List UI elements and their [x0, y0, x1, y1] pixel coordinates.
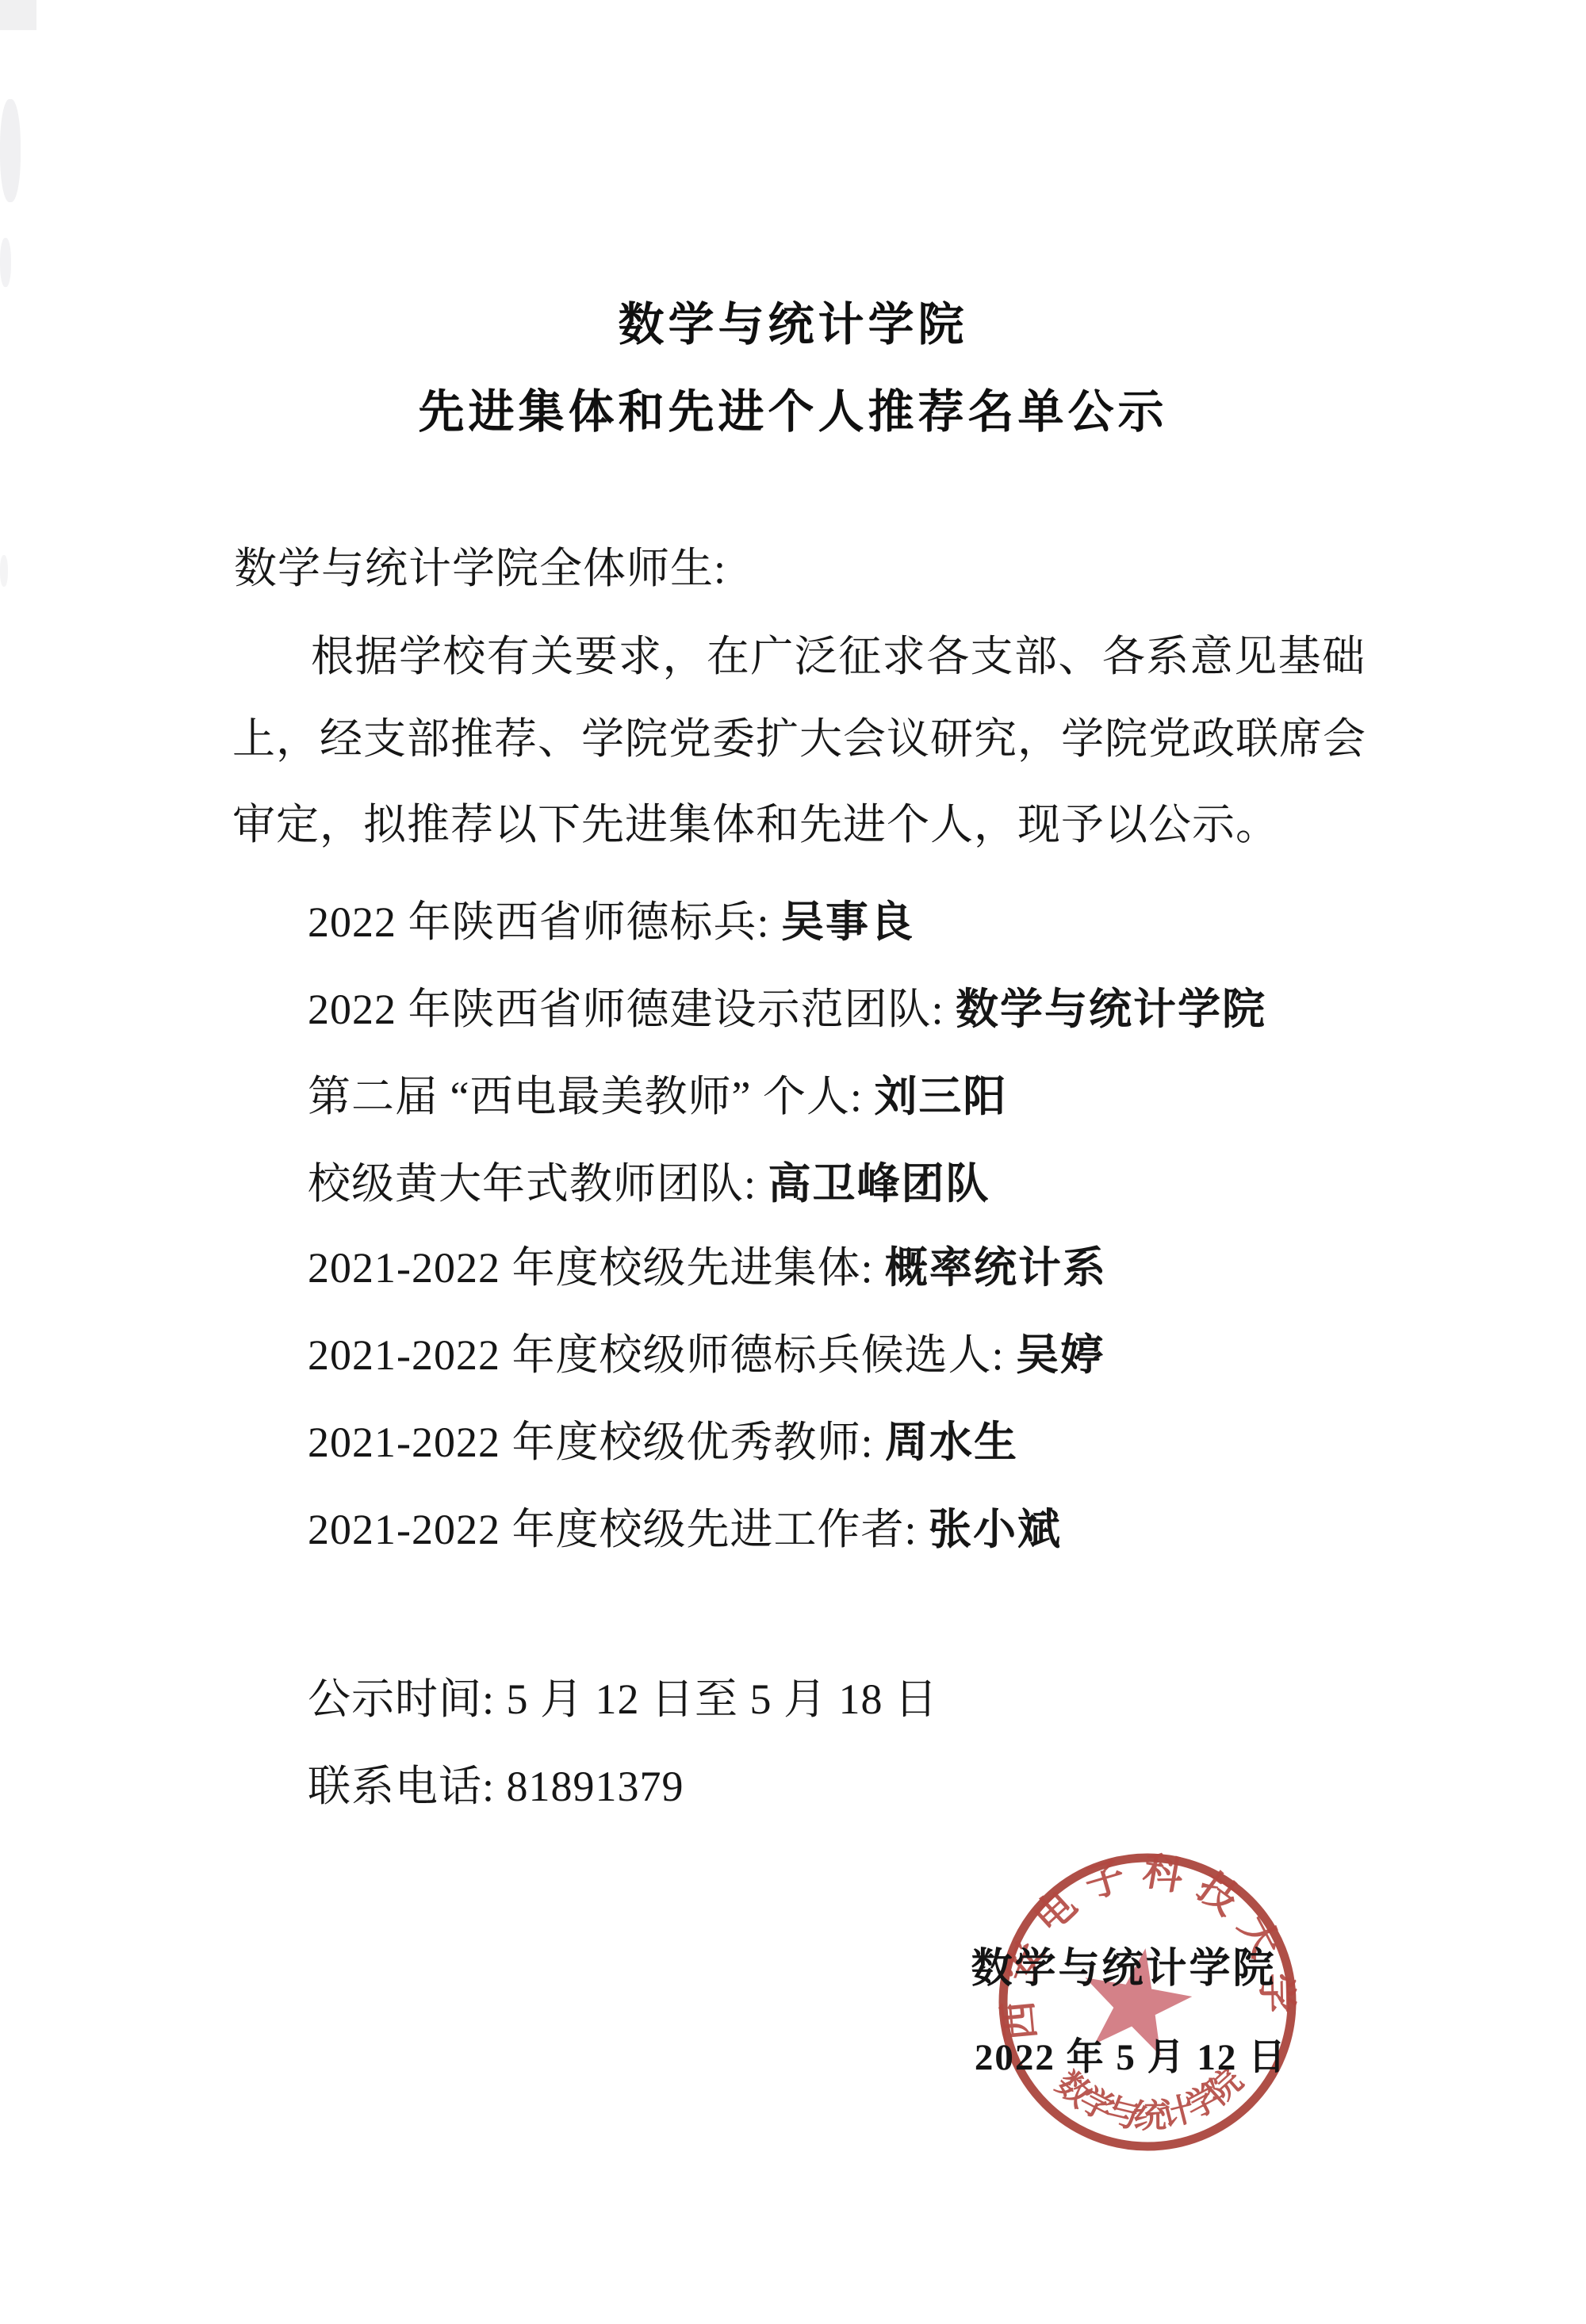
scan-artifact — [0, 99, 21, 202]
scan-artifact — [0, 0, 36, 30]
paragraph-line: 根据学校有关要求，在广泛征求各支部、各系意见基础 — [311, 635, 1366, 678]
award-item: 2022 年陕西省师德标兵: 吴事良 — [308, 901, 914, 944]
award-recipient: 数学与统计学院 — [956, 986, 1266, 1033]
award-recipient: 周水生 — [885, 1419, 1018, 1466]
award-item: 2021-2022 年度校级先进集体: 概率统计系 — [308, 1246, 1107, 1289]
award-label: 2021-2022 年度校级师德标兵候选人: — [308, 1331, 1016, 1379]
award-label: 校级黄大年式教师团队: — [308, 1160, 768, 1208]
award-recipient: 吴事良 — [781, 898, 914, 946]
award-recipient: 刘三阳 — [874, 1073, 1007, 1120]
official-seal-stamp: 西安电子科技大学 数学与统计学院 — [989, 1844, 1306, 2161]
signature-date: 2022 年 5 月 12 日 — [893, 2039, 1369, 2077]
paragraph-line: 审定，拟推荐以下先进集体和先进个人，现予以公示。 — [232, 803, 1279, 846]
award-label: 第二届 “西电最美教师” 个人: — [308, 1073, 874, 1120]
signature-unit-name: 数学与统计学院 — [886, 1949, 1362, 1990]
award-label: 2021-2022 年度校级先进集体: — [308, 1244, 885, 1292]
award-item: 2022 年陕西省师德建设示范团队: 数学与统计学院 — [308, 988, 1266, 1031]
award-label: 2021-2022 年度校级优秀教师: — [308, 1419, 885, 1466]
award-recipient: 高卫峰团队 — [768, 1160, 990, 1208]
award-label: 2022 年陕西省师德建设示范团队: — [308, 986, 956, 1033]
salutation: 数学与统计学院全体师生: — [234, 547, 726, 590]
document-title-line2: 先进集体和先进个人推荐名单公示 — [0, 389, 1586, 435]
award-recipient: 吴婷 — [1016, 1331, 1105, 1379]
scan-artifact — [0, 555, 8, 587]
award-label: 2021-2022 年度校级先进工作者: — [308, 1506, 929, 1553]
award-item: 2021-2022 年度校级先进工作者: 张小斌 — [308, 1508, 1062, 1551]
contact-phone: 联系电话: 81891379 — [308, 1765, 684, 1808]
award-recipient: 张小斌 — [929, 1506, 1062, 1553]
document-title-line1: 数学与统计学院 — [0, 302, 1586, 348]
award-label: 2022 年陕西省师德标兵: — [308, 898, 781, 946]
document-page: { "document": { "title_line1": "数学与统计学院"… — [0, 0, 1586, 2324]
award-item: 2021-2022 年度校级优秀教师: 周水生 — [308, 1421, 1018, 1464]
award-item: 2021-2022 年度校级师德标兵候选人: 吴婷 — [308, 1334, 1105, 1376]
publicity-period: 公示时间: 5 月 12 日至 5 月 18 日 — [308, 1678, 938, 1721]
award-item: 校级黄大年式教师团队: 高卫峰团队 — [308, 1162, 990, 1205]
award-item: 第二届 “西电最美教师” 个人: 刘三阳 — [308, 1075, 1007, 1118]
scan-artifact — [0, 238, 11, 287]
paragraph-line: 上，经支部推荐、学院党委扩大会议研究，学院党政联席会 — [232, 718, 1366, 760]
award-recipient: 概率统计系 — [885, 1244, 1107, 1292]
